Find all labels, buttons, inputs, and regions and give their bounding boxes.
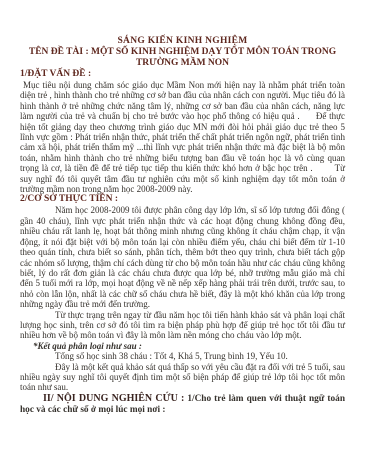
section-3-heading: II/ NỘI DUNG NGHIÊN CỨU : [43, 393, 184, 404]
section-1-paragraph: Mục tiêu nội dung chăm sóc giáo dục Mầm … [20, 80, 345, 194]
section-2-heading: 2/CƠ SỞ THỰC TIỄN : [20, 194, 345, 205]
section-2-paragraph-3: Đây là một kết quả khảo sát quá thấp so … [20, 362, 345, 393]
section-1-heading: 1/ĐẶT VẤN ĐỀ : [20, 69, 345, 80]
section-2-paragraph-2: Từ thực trạng trên ngay từ đầu năm học t… [20, 310, 345, 341]
document-title: SÁNG KIẾN KINH NGHIỆM [20, 36, 345, 47]
document-subtitle: TÊN ĐỀ TÀI : MỘT SỐ KINH NGHIỆM DẠY TỐT … [26, 47, 339, 69]
document-page: SÁNG KIẾN KINH NGHIỆM TÊN ĐỀ TÀI : MỘT S… [0, 0, 366, 473]
section-3-heading-block: II/ NỘI DUNG NGHIÊN CỨU : 1/Cho trẻ làm … [20, 393, 345, 416]
result-totals-line: Tổng số học sinh 38 cháu : Tốt 4, Khá 5,… [20, 351, 345, 361]
result-classification-label: *Kết quả phân loại như sau : [20, 341, 345, 351]
section-2-paragraph-1: Năm học 2008-2009 tôi được phân công dạy… [20, 205, 345, 309]
